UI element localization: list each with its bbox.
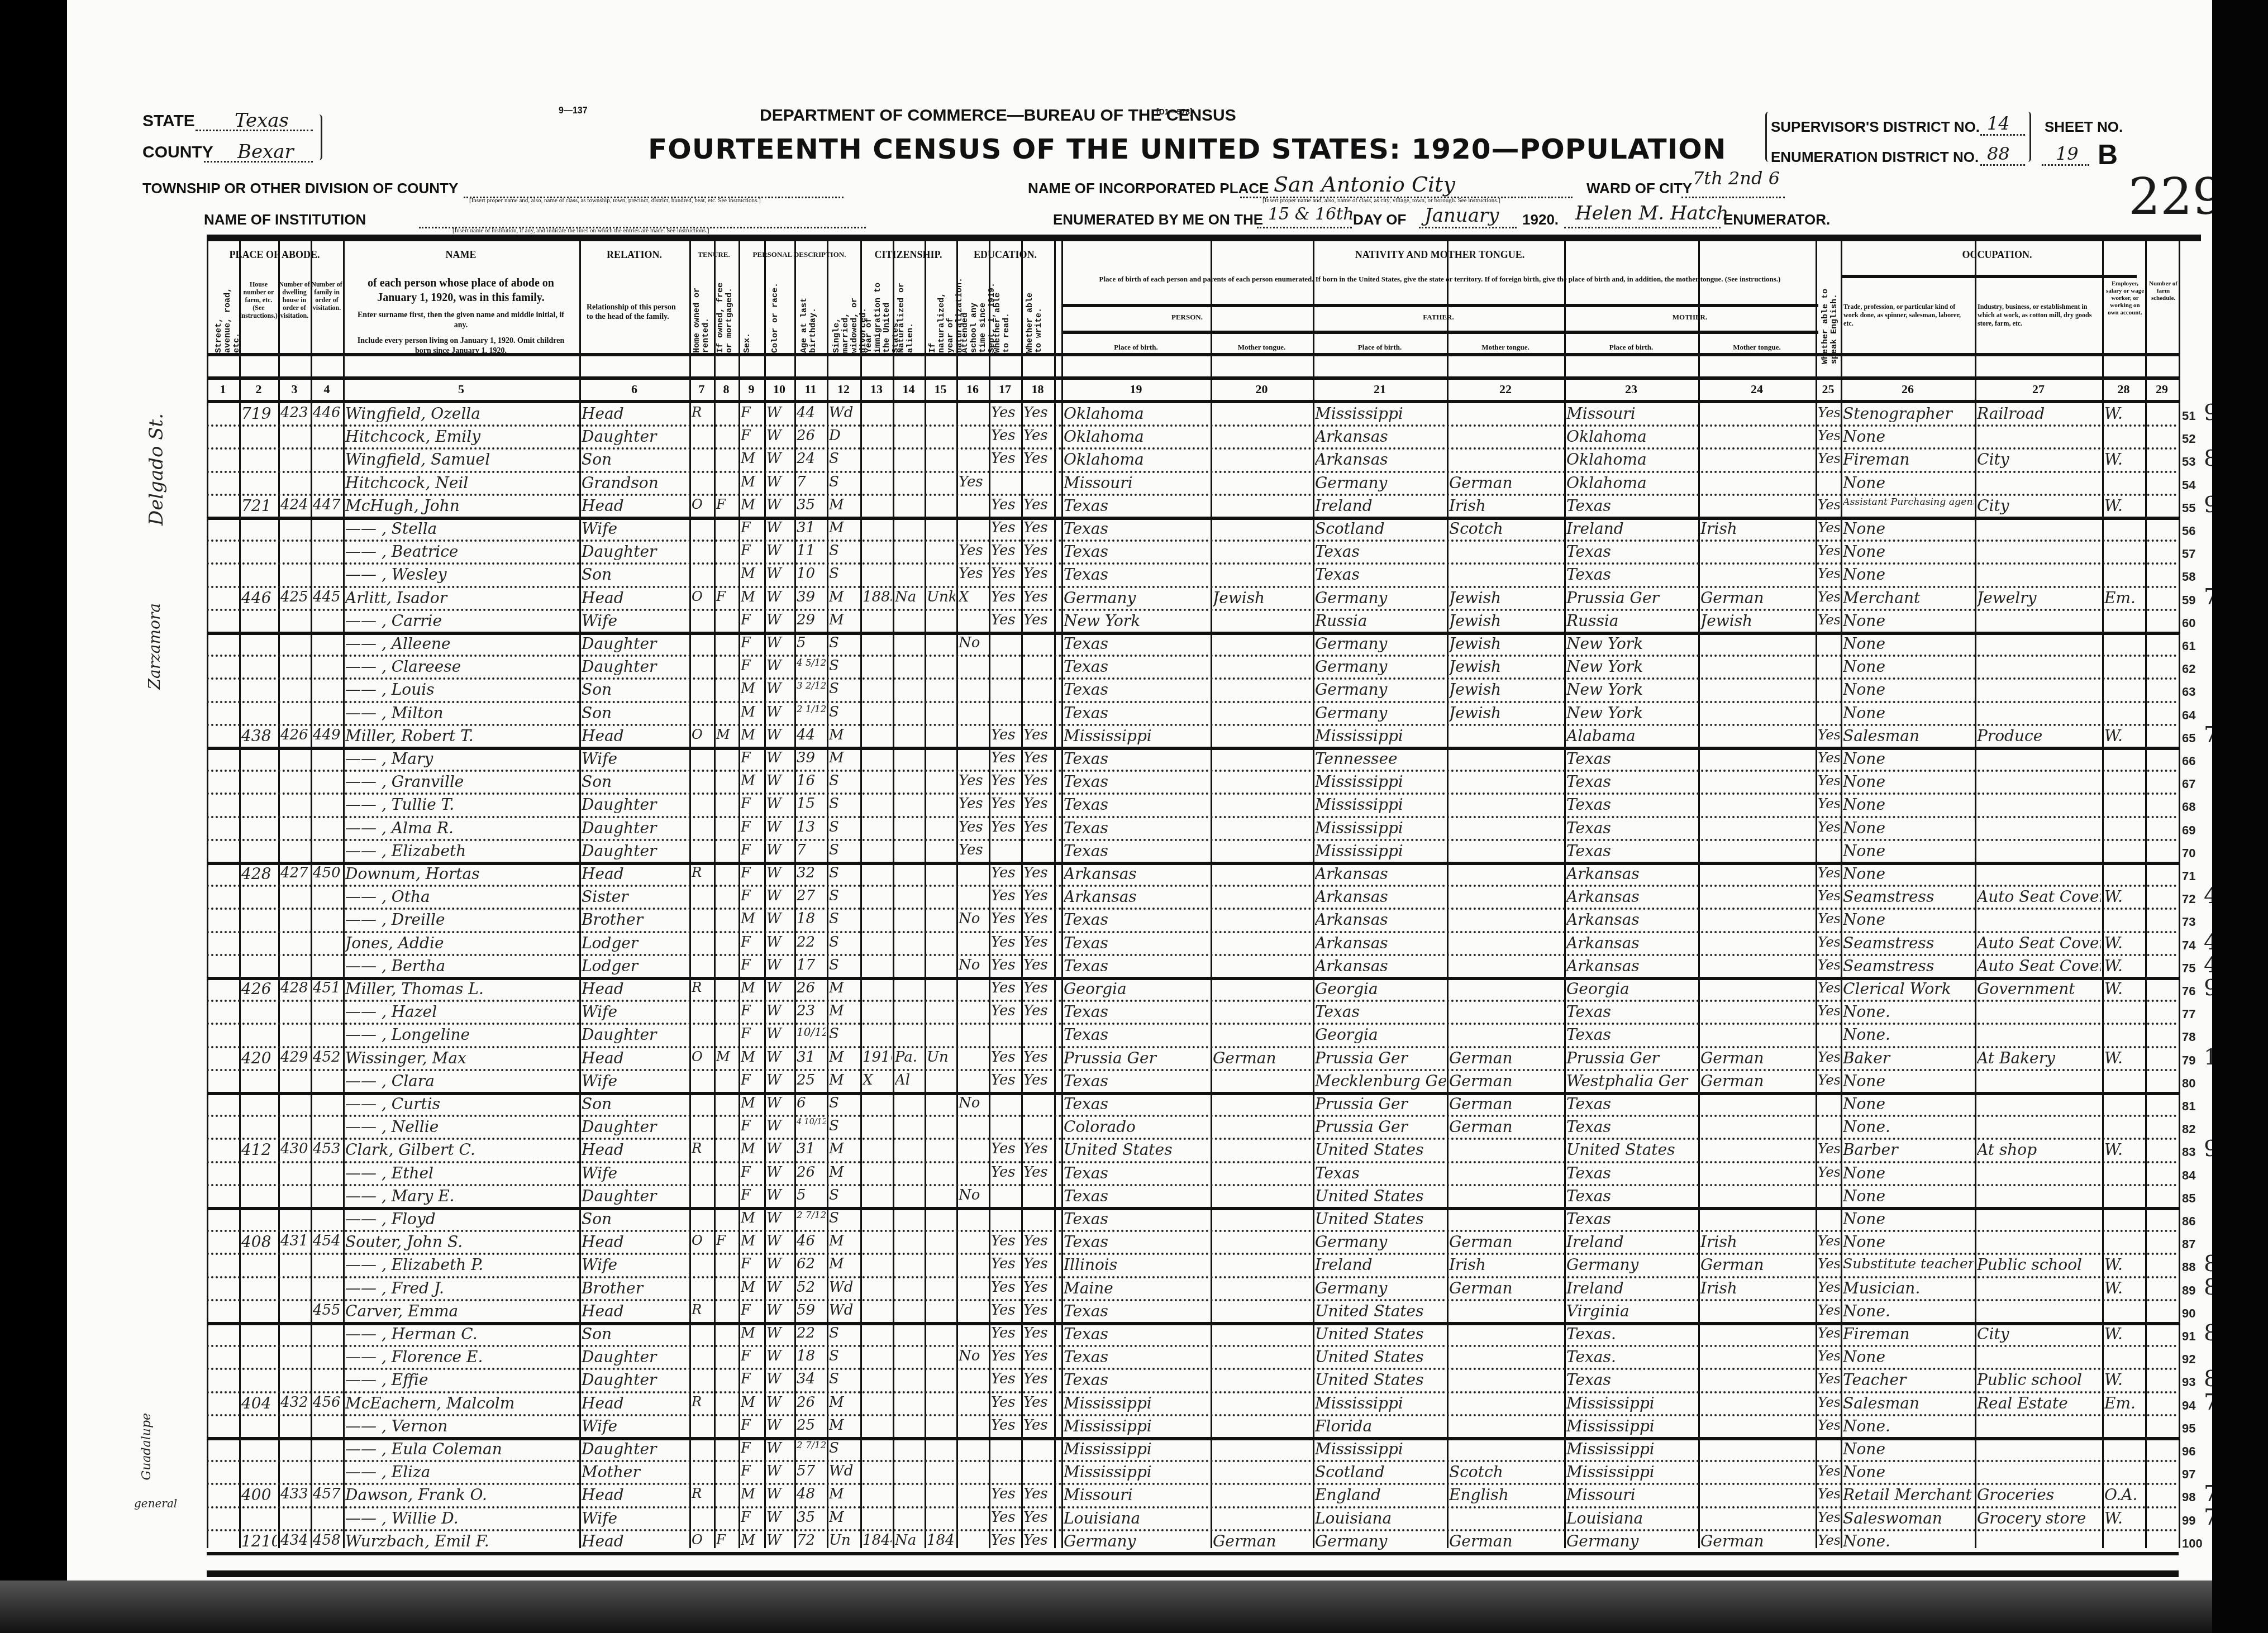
- cell-write: Yes: [1023, 1371, 1053, 1387]
- cell-marital: M: [829, 1072, 859, 1088]
- cell-write: Yes: [1023, 795, 1053, 812]
- cell-mmt: Irish: [1700, 1279, 1814, 1297]
- cell-age: 31: [797, 1140, 826, 1157]
- cell-marital: S: [829, 842, 859, 858]
- cell-eng: Yes: [1818, 1002, 1840, 1019]
- cell-sex: M: [741, 474, 763, 490]
- line-number: 97: [2182, 1467, 2195, 1482]
- table-row: 420429452Wissinger, MaxHeadOMMW31M1910Pa…: [207, 1048, 2179, 1071]
- cell-mmt: Irish: [1700, 1233, 1814, 1251]
- cell-mort: M: [716, 727, 737, 742]
- cell-fpob: Prussia Ger: [1315, 1049, 1446, 1067]
- cell-marital: M: [829, 1394, 859, 1411]
- cell-relation: Head: [582, 727, 688, 745]
- cell-age: 26: [797, 980, 826, 996]
- cell-sex: M: [741, 772, 763, 789]
- cell-marital: S: [829, 934, 859, 951]
- cell-race: W: [766, 427, 793, 444]
- cell-name: Downum, Hortas: [345, 865, 578, 883]
- cell-trade: None: [1843, 680, 1974, 699]
- cell-race: W: [766, 1002, 793, 1019]
- cell-school: No: [959, 634, 988, 651]
- line-number: 54: [2182, 478, 2195, 493]
- cell-name: Wingfield, Ozella: [345, 404, 578, 423]
- line-number: 88: [2182, 1260, 2195, 1274]
- cell-fmt: Scotch: [1449, 1463, 1563, 1481]
- cell-pob: Texas: [1064, 957, 1209, 975]
- sheet-label: SHEET NO.: [2045, 118, 2123, 136]
- cell-mpob: Mississippi: [1566, 1394, 1697, 1412]
- table-row: —— , AlleeneDaughterFW5SNoTexasGermanyJe…: [207, 633, 2179, 656]
- cell-age: 44: [797, 404, 826, 421]
- cell-race: W: [766, 1072, 793, 1088]
- cell-school: No: [959, 1095, 988, 1111]
- cell-marital: S: [829, 1210, 859, 1226]
- table-row: —— , BeatriceDaughterFW11SYesYesYesTexas…: [207, 541, 2179, 564]
- cell-name: Wissinger, Max: [345, 1049, 578, 1067]
- cell-family: 450: [313, 865, 342, 881]
- cell-read: Yes: [991, 1532, 1020, 1549]
- table-row: 426428451Miller, Thomas L.HeadRMW26MYesY…: [207, 978, 2179, 1001]
- cell-name: Arlitt, Isador: [345, 589, 578, 607]
- supervisor-value: 14: [1987, 113, 2010, 134]
- cell-mpob: Texas: [1566, 1002, 1697, 1021]
- line-number: 94: [2182, 1398, 2195, 1413]
- cell-write: Yes: [1023, 980, 1053, 996]
- header-col-1: Street, avenue, road, etc.: [215, 280, 241, 353]
- cell-age: 5: [797, 1187, 826, 1204]
- cell-name: —— , Stella: [345, 519, 578, 538]
- cell-write: Yes: [1023, 1417, 1053, 1434]
- cell-trade: None: [1843, 749, 1974, 768]
- cell-race: W: [766, 819, 793, 835]
- column-number: 27: [1975, 382, 2102, 397]
- line-number: 62: [2182, 662, 2195, 676]
- cell-house: 400: [241, 1486, 277, 1504]
- cell-fmt: Irish: [1449, 496, 1563, 515]
- group-personal: PERSONAL DESCRIPTION.: [738, 249, 860, 260]
- cell-mt: German: [1213, 1532, 1312, 1550]
- header-rule: [1061, 331, 1818, 334]
- cell-name: —— , Ethel: [345, 1164, 578, 1182]
- line-number: 65: [2182, 731, 2195, 746]
- table-row: Wingfield, SamuelSonMW24SYesYesOklahomaA…: [207, 449, 2179, 472]
- cell-sex: M: [741, 496, 763, 513]
- header-abode-2: House number or farm, etc. (See instruct…: [239, 280, 278, 319]
- cell-relation: Daughter: [582, 1118, 688, 1136]
- cell-pob: Texas: [1064, 1233, 1209, 1251]
- header-occ-29: Number of farm schedule.: [2148, 280, 2179, 302]
- column-number: 8: [714, 382, 738, 397]
- cell-fmt: German: [1449, 1095, 1563, 1113]
- cell-race: W: [766, 1486, 793, 1502]
- cell-marital: M: [829, 1255, 859, 1272]
- cell-pob: Texas: [1064, 1210, 1209, 1228]
- cell-fpob: Florida: [1315, 1417, 1446, 1435]
- cell-sex: M: [741, 680, 763, 696]
- cell-name: McEachern, Malcolm: [345, 1394, 578, 1412]
- header-pob-19: Place of birth.: [1061, 342, 1211, 353]
- header-abode-4: Number of family in order of visitation.: [311, 280, 343, 312]
- cell-trade: None: [1843, 565, 1974, 584]
- cell-eng: Yes: [1818, 519, 1840, 536]
- cell-race: W: [766, 795, 793, 812]
- scan-border-right: [2212, 0, 2268, 1633]
- cell-home: R: [692, 980, 713, 995]
- supervisor-field: 14: [1980, 113, 2025, 136]
- enumerator-label: ENUMERATOR.: [1723, 211, 1830, 228]
- cell-mpob: Texas.: [1566, 1325, 1697, 1343]
- cell-race: W: [766, 1255, 793, 1272]
- cell-name: Jones, Addie: [345, 934, 578, 952]
- line-number: 52: [2182, 432, 2195, 446]
- cell-race: W: [766, 1532, 793, 1549]
- table-row: 412430453Clark, Gilbert C.HeadRMW31MYesY…: [207, 1139, 2179, 1162]
- cell-fpob: Arkansas: [1315, 427, 1446, 446]
- cell-pob: Texas: [1064, 772, 1209, 791]
- cell-fpob: United States: [1315, 1371, 1446, 1389]
- cell-fpob: United States: [1315, 1210, 1446, 1228]
- cell-sex: M: [741, 1486, 763, 1502]
- cell-fpob: Germany: [1315, 1532, 1446, 1550]
- table-row: —— , Herman C.SonMW22SYesYesTexasUnited …: [207, 1324, 2179, 1346]
- cell-marital: S: [829, 1095, 859, 1111]
- state-value: Texas: [235, 109, 289, 132]
- cell-dwelling: 434: [280, 1532, 309, 1549]
- cell-eng: Yes: [1818, 1394, 1840, 1410]
- column-number: 25: [1816, 382, 1841, 397]
- cell-name: Hitchcock, Neil: [345, 474, 578, 492]
- cell-sex: F: [741, 1509, 763, 1525]
- cell-fpob: Mississippi: [1315, 1394, 1446, 1412]
- cell-mmt: German: [1700, 589, 1814, 607]
- cell-industry: Auto Seat Covers: [1977, 934, 2101, 952]
- year-label: 1920.: [1522, 211, 1559, 228]
- line-number: 85: [2182, 1191, 2195, 1206]
- cell-relation: Lodger: [582, 957, 688, 975]
- cell-name: —— , Mary: [345, 749, 578, 768]
- line-number: 68: [2182, 800, 2195, 814]
- cell-sex: F: [741, 1440, 763, 1456]
- header-mt-22: Mother tongue.: [1447, 342, 1564, 353]
- cell-relation: Head: [582, 1486, 688, 1504]
- cell-trade: None: [1843, 612, 1974, 630]
- cell-mpob: Missouri: [1566, 1486, 1697, 1504]
- cell-eng: Yes: [1818, 980, 1840, 996]
- cell-mort: F: [716, 496, 737, 512]
- cell-name: —— , Alleene: [345, 634, 578, 653]
- line-number: 60: [2182, 616, 2195, 631]
- cell-family: 458: [313, 1532, 342, 1549]
- cell-sex: F: [741, 749, 763, 766]
- cell-age: 72: [797, 1532, 826, 1549]
- cell-mpob: Mississippi: [1566, 1463, 1697, 1481]
- cell-eng: Yes: [1818, 887, 1840, 904]
- cell-house: 1210: [241, 1532, 277, 1550]
- incorporated-place-label: NAME OF INCORPORATED PLACE: [1028, 180, 1269, 197]
- cell-eng: Yes: [1818, 910, 1840, 927]
- cell-race: W: [766, 772, 793, 789]
- column-number: 23: [1564, 382, 1698, 397]
- table-row: —— , EthelWifeFW26MYesYesTexasTexasTexas…: [207, 1163, 2179, 1186]
- cell-eng: Yes: [1818, 1279, 1840, 1295]
- cell-race: W: [766, 1348, 793, 1364]
- cell-name: Souter, John S.: [345, 1233, 578, 1251]
- cell-family: 457: [313, 1486, 342, 1502]
- cell-write: Yes: [1023, 519, 1053, 536]
- line-number: 61: [2182, 639, 2195, 653]
- cell-dwelling: 423: [280, 404, 309, 421]
- cell-house: 404: [241, 1394, 277, 1412]
- table-row: —— , OthaSisterFW27SYesYesArkansasArkans…: [207, 886, 2179, 909]
- table-row: —— , GranvilleSonMW16SYesYesYesTexasMiss…: [207, 771, 2179, 794]
- table-bottom-border: [207, 1570, 2179, 1577]
- cell-trade: None.: [1843, 1118, 1974, 1136]
- header-rule: [1841, 275, 2137, 278]
- cell-relation: Wife: [582, 749, 688, 768]
- line-number: 92: [2182, 1352, 2195, 1367]
- cell-trade: Merchant: [1843, 589, 1974, 607]
- cell-relation: Wife: [582, 612, 688, 630]
- cell-mpob: Louisiana: [1566, 1509, 1697, 1527]
- cell-home: O: [692, 589, 713, 604]
- cell-read: Yes: [991, 795, 1020, 812]
- cell-name: Dawson, Frank O.: [345, 1486, 578, 1504]
- cell-age: 4 10/12: [797, 1118, 826, 1126]
- cell-age: 4 5/12: [797, 657, 826, 668]
- cell-trade: None: [1843, 795, 1974, 814]
- cell-read: Yes: [991, 1325, 1020, 1341]
- cell-write: Yes: [1023, 589, 1053, 605]
- cell-pob: Mississippi: [1064, 1394, 1209, 1412]
- cell-read: Yes: [991, 980, 1020, 996]
- cell-dwelling: 426: [280, 727, 309, 743]
- cell-age: 17: [797, 957, 826, 973]
- line-number: 56: [2182, 524, 2195, 538]
- column-number: 7: [689, 382, 714, 397]
- cell-age: 10: [797, 565, 826, 582]
- cell-name: —— , Willie D.: [345, 1509, 578, 1527]
- cell-relation: Brother: [582, 910, 688, 929]
- cell-class: W.: [2104, 1279, 2144, 1297]
- cell-relation: Sister: [582, 887, 688, 906]
- cell-trade: None: [1843, 842, 1974, 860]
- incorporated-place-note: [Insert proper name and, also, name of c…: [1262, 197, 1500, 204]
- cell-write: Yes: [1023, 934, 1053, 951]
- cell-trade: Barber: [1843, 1140, 1974, 1159]
- cell-read: Yes: [991, 1140, 1020, 1157]
- column-number: 19: [1061, 382, 1211, 397]
- cell-race: W: [766, 612, 793, 628]
- cell-pob: Missouri: [1064, 474, 1209, 492]
- cell-pob: Texas: [1064, 519, 1209, 538]
- cell-race: W: [766, 519, 793, 536]
- cell-mpob: Arkansas: [1566, 910, 1697, 929]
- cell-mpob: Texas: [1566, 819, 1697, 837]
- cell-mpob: Texas: [1566, 1187, 1697, 1205]
- cell-nat: Pa.: [895, 1049, 923, 1066]
- cell-relation: Head: [582, 1049, 688, 1067]
- cell-relation: Son: [582, 450, 688, 469]
- cell-class: W.: [2104, 1049, 2144, 1067]
- scan-border-bottom: [0, 1581, 2212, 1633]
- name-description: of each person whose place of abode on J…: [352, 276, 570, 356]
- header-col-10: Color or race.: [771, 280, 780, 353]
- enumeration-district-value: 88: [1987, 143, 2010, 164]
- cell-school: Yes: [959, 772, 988, 789]
- cell-pob: Texas: [1064, 657, 1209, 676]
- cell-eng: Yes: [1818, 427, 1840, 443]
- cell-name: —— , Bertha: [345, 957, 578, 975]
- line-number: 87: [2182, 1237, 2195, 1252]
- cell-name: —— , Clareese: [345, 657, 578, 676]
- column-number: 16: [956, 382, 989, 397]
- header-col-11: Age at last birthday.: [800, 280, 818, 353]
- cell-relation: Mother: [582, 1463, 688, 1481]
- cell-family: 447: [313, 496, 342, 513]
- cell-school: No: [959, 1348, 988, 1364]
- day-of-label: DAY OF: [1353, 211, 1406, 228]
- cell-mpob: Texas: [1566, 1118, 1697, 1136]
- cell-race: W: [766, 957, 793, 973]
- cell-write: Yes: [1023, 957, 1053, 973]
- cell-home: O: [692, 1049, 713, 1064]
- cell-fpob: Germany: [1315, 704, 1446, 722]
- cell-marital: Wd: [829, 404, 859, 421]
- cell-relation: Son: [582, 704, 688, 722]
- table-row: —— , VernonWifeFW25MYesYesMississippiFlo…: [207, 1416, 2179, 1439]
- table-row: —— , LongelineDaughterFW10/12STexasGeorg…: [207, 1024, 2179, 1047]
- line-number: 71: [2182, 869, 2195, 884]
- table-row: —— , ClareeseDaughterFW4 5/12STexasGerma…: [207, 656, 2179, 679]
- cell-fpob: Georgia: [1315, 980, 1446, 998]
- cell-mpob: New York: [1566, 657, 1697, 676]
- cell-age: 15: [797, 795, 826, 812]
- cell-class: Em.: [2104, 1394, 2144, 1412]
- cell-mpob: Texas: [1566, 795, 1697, 814]
- cell-relation: Head: [582, 1140, 688, 1159]
- cell-read: Yes: [991, 1072, 1020, 1088]
- cell-industry: Produce: [1977, 727, 2101, 745]
- cell-trade: None: [1843, 427, 1974, 446]
- cell-house: 420: [241, 1049, 277, 1067]
- header-occ-27: Industry, business, or establishment in …: [1978, 303, 2103, 328]
- cell-fpob: Germany: [1315, 474, 1446, 492]
- cell-sex: F: [741, 934, 763, 950]
- cell-relation: Head: [582, 865, 688, 883]
- cell-imm: X: [863, 1072, 892, 1088]
- cell-trade: None: [1843, 704, 1974, 722]
- cell-mpob: Ireland: [1566, 1233, 1697, 1251]
- cell-class: W.: [2104, 957, 2144, 975]
- cell-pob: Prussia Ger: [1064, 1049, 1209, 1067]
- cell-marital: S: [829, 887, 859, 904]
- cell-name: McHugh, John: [345, 496, 578, 515]
- cell-marital: D: [829, 427, 859, 444]
- cell-trade: None: [1843, 1164, 1974, 1182]
- table-row: 400433457Dawson, Frank O.HeadRMW48MYesYe…: [207, 1484, 2179, 1507]
- cell-fmt: German: [1449, 1072, 1563, 1090]
- cell-write: Yes: [1023, 1509, 1053, 1526]
- cell-marital: S: [829, 1325, 859, 1341]
- cell-name: —— , Elizabeth P.: [345, 1255, 578, 1274]
- cell-marital: M: [829, 1002, 859, 1019]
- cell-fpob: Russia: [1315, 612, 1446, 630]
- cell-fpob: Georgia: [1315, 1025, 1446, 1044]
- cell-write: Yes: [1023, 1255, 1053, 1272]
- cell-industry: Railroad: [1977, 404, 2101, 423]
- cell-mpob: Texas: [1566, 1164, 1697, 1182]
- cell-mmt: Jewish: [1700, 612, 1814, 630]
- census-title: FOURTEENTH CENSUS OF THE UNITED STATES: …: [648, 133, 1727, 165]
- cell-relation: Wife: [582, 1072, 688, 1090]
- cell-fpob: Arkansas: [1315, 957, 1446, 975]
- cell-relation: Daughter: [582, 542, 688, 561]
- table-row: Hitchcock, EmilyDaughterFW26DYesYesOklah…: [207, 426, 2179, 449]
- column-number: 9: [738, 382, 764, 397]
- cell-race: W: [766, 1233, 793, 1249]
- cell-mpob: Germany: [1566, 1532, 1697, 1550]
- cell-race: W: [766, 1463, 793, 1479]
- table-row: —— , ElizabethDaughterFW7SYesTexasMissis…: [207, 841, 2179, 863]
- header-col-13: Year of immigration to the United States…: [865, 280, 900, 353]
- cell-mpob: Arkansas: [1566, 887, 1697, 906]
- cell-industry: Public school: [1977, 1371, 2101, 1389]
- column-number: 5: [343, 382, 579, 397]
- cell-read: Yes: [991, 819, 1020, 835]
- cell-name: —— , Nellie: [345, 1118, 578, 1136]
- table-row: 404432456McEachern, MalcolmHeadRMW26MYes…: [207, 1393, 2179, 1416]
- cell-relation: Wife: [582, 1417, 688, 1435]
- line-number: 91: [2182, 1329, 2195, 1344]
- line-number: 53: [2182, 455, 2195, 469]
- cell-sex: M: [741, 1325, 763, 1341]
- cell-marital: S: [829, 772, 859, 789]
- cell-school: No: [959, 910, 988, 927]
- cell-fpob: Scotland: [1315, 1463, 1446, 1481]
- cell-mmt: German: [1700, 1049, 1814, 1067]
- cell-eng: Yes: [1818, 1348, 1840, 1364]
- cell-relation: Daughter: [582, 795, 688, 814]
- cell-eng: Yes: [1818, 1072, 1840, 1088]
- header-col-7: Home owned or rented.: [693, 280, 711, 353]
- cell-marital: S: [829, 1440, 859, 1457]
- cell-mpob: New York: [1566, 680, 1697, 699]
- cell-pob: Mississippi: [1064, 1417, 1209, 1435]
- cell-relation: Head: [582, 496, 688, 515]
- cell-mpob: Texas: [1566, 842, 1697, 860]
- cell-mpob: Ireland: [1566, 519, 1697, 538]
- cell-read: Yes: [991, 1348, 1020, 1364]
- state-label: STATE: [142, 112, 195, 131]
- cell-name: Miller, Robert T.: [345, 727, 578, 745]
- margin-street-note-3: Guadalupe: [140, 1413, 154, 1480]
- cell-sex: F: [741, 1164, 763, 1180]
- cell-age: 35: [797, 1509, 826, 1526]
- cell-race: W: [766, 1279, 793, 1296]
- table-row: —— , NellieDaughterFW4 10/12SColoradoPru…: [207, 1116, 2179, 1139]
- cell-trade: None: [1843, 1210, 1974, 1228]
- cell-write: Yes: [1023, 612, 1053, 628]
- cell-write: Yes: [1023, 1325, 1053, 1341]
- cell-relation: Head: [582, 980, 688, 998]
- cell-mpob: Alabama: [1566, 727, 1697, 745]
- cell-mpob: New York: [1566, 634, 1697, 653]
- cell-sex: F: [741, 1417, 763, 1433]
- table-row: 1210434458Wurzbach, Emil F.HeadOFMW72Un1…: [207, 1531, 2179, 1554]
- cell-race: W: [766, 1440, 793, 1457]
- cell-age: 2 7/12: [797, 1440, 826, 1450]
